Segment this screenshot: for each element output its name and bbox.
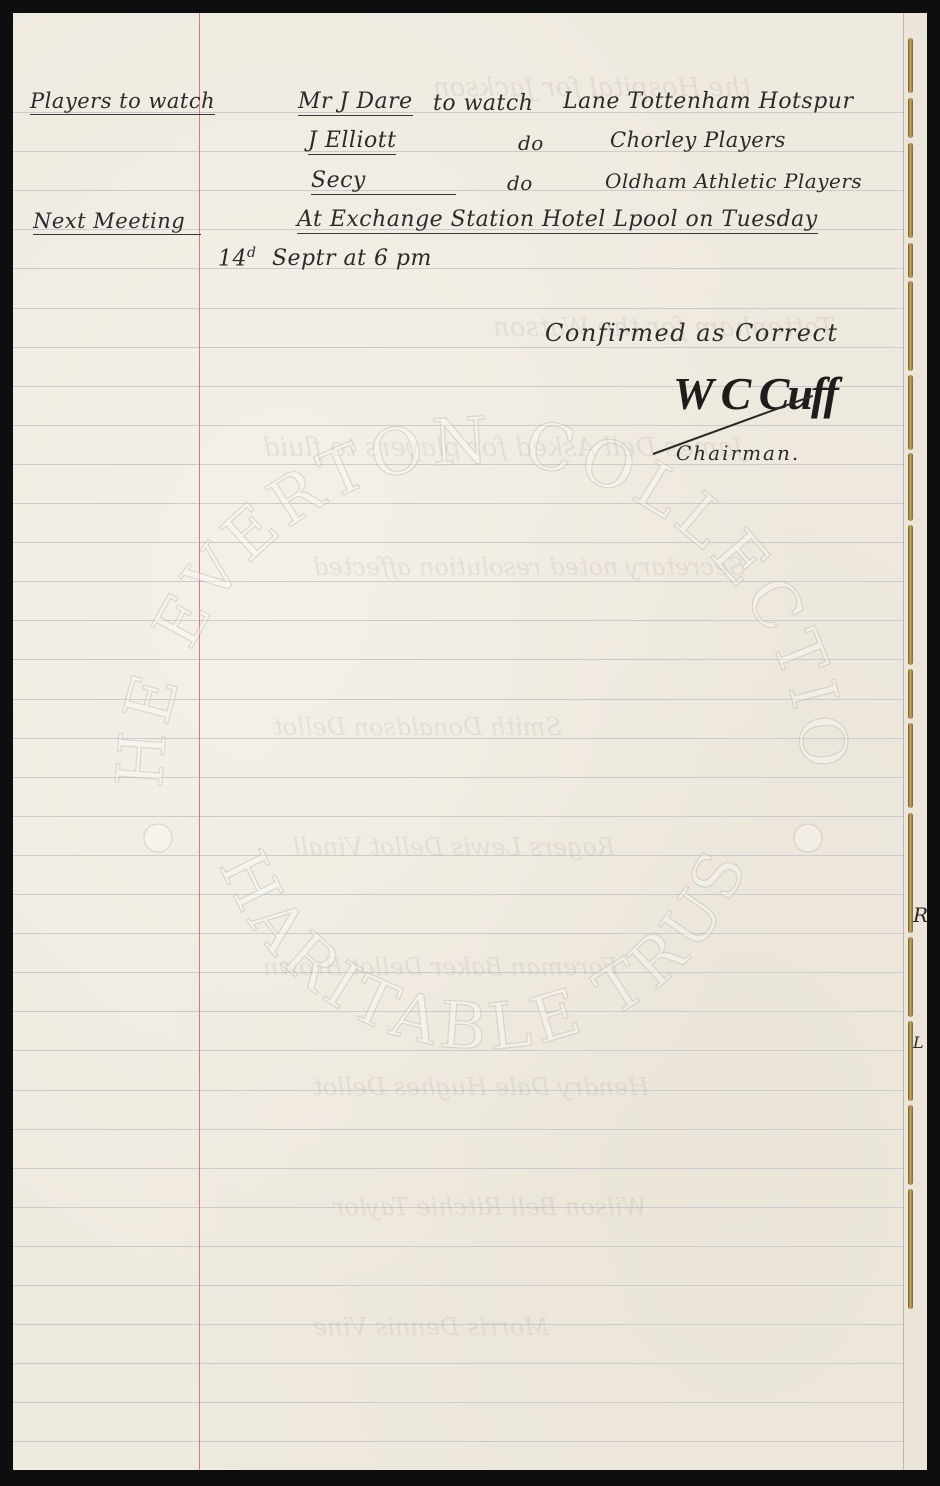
player-watch-target-3: Oldham Athletic Players (605, 169, 862, 193)
ruled-line (13, 1050, 913, 1051)
player-watch-who-1: Mr J Dare (298, 89, 413, 116)
ruled-line (13, 1285, 913, 1286)
watermark: THE EVERTON COLLECTION CHARITABLE TRUST (103, 363, 863, 1123)
ruled-line (13, 542, 913, 543)
player-watch-target-2: Chorley Players (610, 128, 786, 152)
binding-thread (908, 243, 913, 278)
binding-thread (908, 525, 913, 665)
player-watch-who-2: J Elliott (308, 128, 396, 155)
heading-players-to-watch: Players to watch (30, 89, 215, 115)
binding-thread (908, 723, 913, 808)
ruled-line (13, 503, 913, 504)
ruled-line (13, 581, 913, 582)
next-meeting-venue: At Exchange Station Hotel Lpool on Tuesd… (297, 207, 818, 234)
ruled-line (13, 777, 913, 778)
book-binding-edge (903, 13, 927, 1470)
binding-thread (908, 98, 913, 138)
heading-next-meeting: Next Meeting (33, 209, 201, 235)
ruled-line (13, 816, 913, 817)
binding-thread (908, 38, 913, 93)
next-meeting-line-1: At Exchange Station Hotel Lpool on Tuesd… (297, 207, 818, 232)
ruled-line (13, 425, 913, 426)
ruled-line (13, 1011, 913, 1012)
binding-thread (908, 937, 913, 1017)
ruled-line (13, 268, 913, 269)
next-meeting-day: 14 (218, 246, 247, 271)
ruled-line (13, 1168, 913, 1169)
player-watch-target-1: Lane Tottenham Hotspur (563, 89, 853, 114)
binding-thread (908, 143, 913, 238)
minute-book-page: the Hospital for Jackson Tottenham for t… (13, 13, 927, 1470)
player-watch-who-3: Secy (311, 168, 456, 195)
player-watch-action-3: do (507, 171, 533, 195)
ruled-line (13, 894, 913, 895)
ruled-line (13, 1129, 913, 1130)
player-watch-action-2: do (518, 131, 544, 155)
binding-thread (908, 453, 913, 521)
next-meeting-day-suffix: d (247, 245, 256, 261)
ruled-line (13, 699, 913, 700)
ruled-line (13, 620, 913, 621)
binding-thread (908, 1105, 913, 1185)
ruled-line (13, 1246, 913, 1247)
binding-thread (908, 281, 913, 371)
ruled-line (13, 659, 913, 660)
ruled-line (13, 1363, 913, 1364)
chairman-title: Chairman. (676, 441, 800, 465)
ruled-line (13, 1402, 913, 1403)
binding-thread (908, 1189, 913, 1309)
document-viewer: the Hospital for Jackson Tottenham for t… (0, 0, 940, 1486)
binding-thread (908, 669, 913, 719)
chairman-signature: W C Cuff (673, 367, 837, 420)
adjacent-page-fragment: R (913, 903, 927, 927)
next-meeting-line-2: 14d Septr at 6 pm (218, 245, 432, 271)
next-meeting-time: Septr at 6 pm (272, 246, 432, 271)
confirmed-as-correct: Confirmed as Correct (545, 319, 839, 347)
binding-thread (908, 375, 913, 450)
player-watch-action-1: to watch (433, 91, 533, 116)
ruled-line (13, 933, 913, 934)
adjacent-page-fragment: L (913, 1033, 924, 1052)
ruled-line (13, 1441, 913, 1442)
ruled-line (13, 308, 913, 309)
